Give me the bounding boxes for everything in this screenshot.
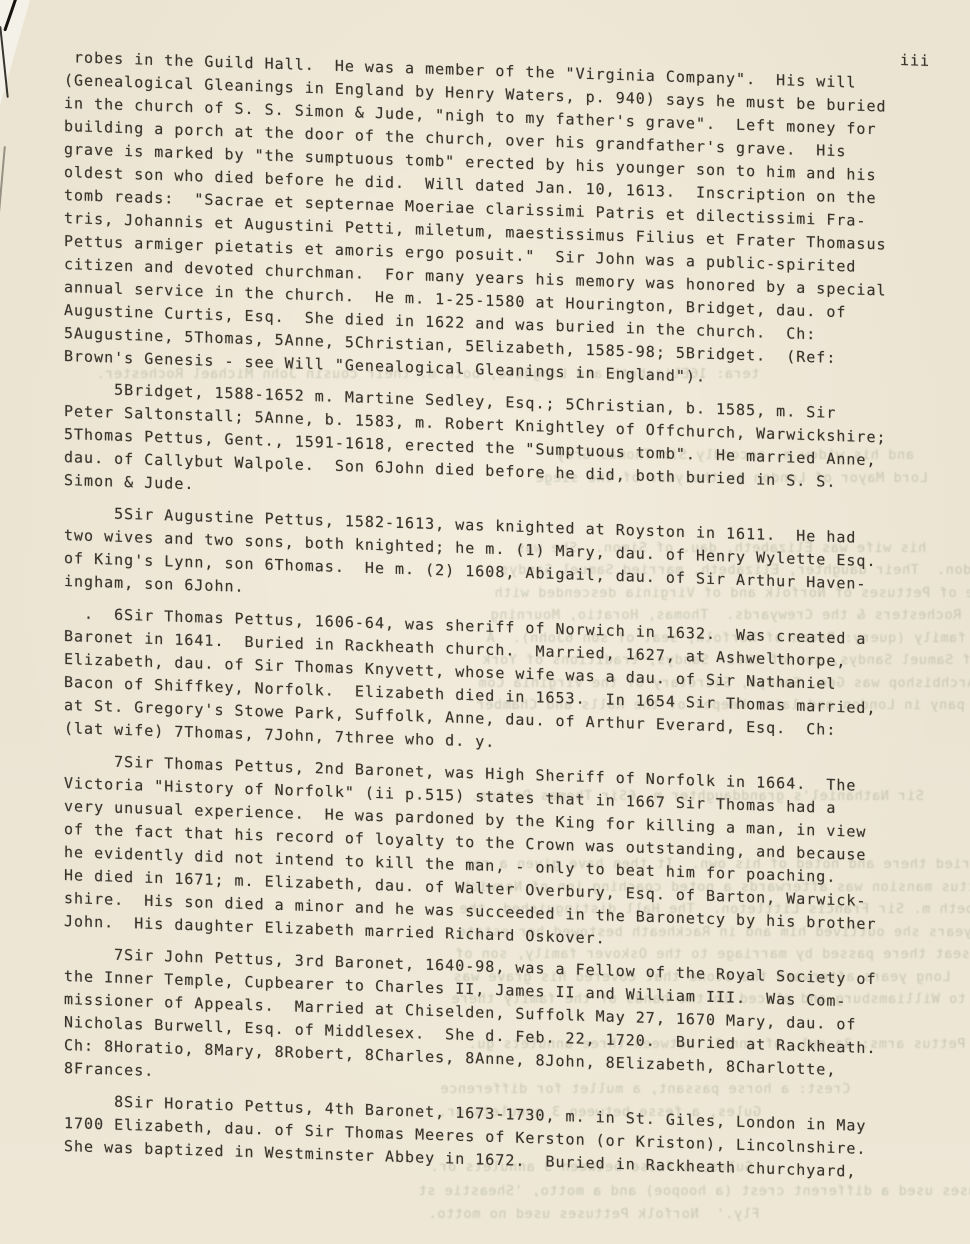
paragraph: . 6Sir Thomas Pettus, 1606-64, was sheri… bbox=[64, 602, 930, 768]
paragraph: 7Sir Thomas Pettus, 2nd Baronet, was Hig… bbox=[64, 749, 930, 961]
page-number: iii bbox=[900, 51, 930, 70]
scanned-document-page: tera: 16Elizabeth and Langdale, both m. … bbox=[0, 0, 970, 1244]
typed-text: robes in the Guild Hall. He was a member… bbox=[64, 46, 930, 1186]
paragraph: 5Bridget, 1588-1652 m. Martine Sedley, E… bbox=[64, 377, 930, 520]
typewritten-sheet: iii robes in the Guild Hall. He was a me… bbox=[64, 46, 930, 1234]
paragraph: robes in the Guild Hall. He was a member… bbox=[64, 46, 930, 396]
paragraph: 5Sir Augustine Pettus, 1582-1613, was kn… bbox=[64, 501, 930, 621]
paragraph: 7Sir John Pettus, 3rd Baronet, 1640-98, … bbox=[64, 942, 930, 1108]
